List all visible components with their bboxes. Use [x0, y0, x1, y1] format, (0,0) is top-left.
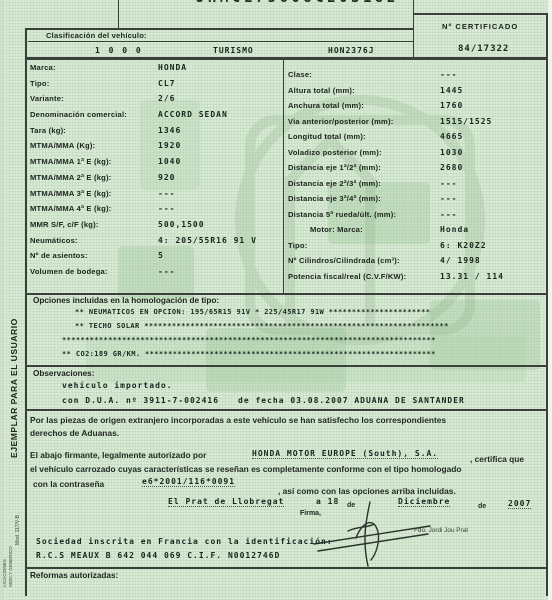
spec-row: MTMA/MMA 1ª E (kg): 1040 [30, 157, 280, 173]
spec-label: MTMA/MMA 2ª E (kg): [30, 173, 158, 182]
table-border [413, 13, 547, 15]
spec-row: Distancia eje 3ª/4ª (mm): --- [288, 194, 544, 210]
spec-label: Distancia eje 1ª/2ª (mm): [288, 163, 440, 172]
spec-value: CL7 [158, 79, 175, 88]
margin-tiny-text-2: MOD.Y GENERICO [8, 525, 13, 587]
spec-row: Tara (kg): 1346 [30, 126, 280, 142]
spec-value: HONDA [158, 63, 187, 72]
signature [308, 498, 458, 570]
spec-row: Marca: HONDA [30, 63, 280, 79]
spec-label: Clase: [288, 70, 440, 79]
spec-row: MTMA/MMA (Kg): 1920 [30, 141, 280, 157]
spec-label: Distancia eje 3ª/4ª (mm): [288, 194, 440, 203]
options-line: ****************************************… [62, 336, 436, 344]
spec-row: Denominación comercial: ACCORD SEDAN [30, 110, 280, 126]
spec-label: Nº Cilindros/Cilindrada (cm³): [288, 256, 440, 265]
spec-column-left: Marca: HONDA Tipo: CL7 Variante: 2/6 Den… [30, 63, 280, 283]
spec-value: --- [158, 189, 175, 198]
spec-row: Voladizo posterior (mm): 1030 [288, 148, 544, 164]
spec-row: Neumáticos: 4: 205/55R16 91 V [30, 236, 280, 252]
spec-value: --- [440, 179, 457, 188]
margin-tiny-text-1: LICACIONES [2, 525, 7, 587]
spec-value: --- [158, 204, 175, 213]
registry-line2: R.C.S MEAUX B 642 044 069 C.I.F. N001274… [36, 551, 280, 560]
spec-column-right: Clase: --- Altura total (mm): 1445 Anchu… [288, 70, 544, 287]
classification-approval: HON2376J [328, 46, 375, 55]
customs-paragraph-line2: derechos de Aduanas. [30, 428, 119, 438]
spec-label: MTMA/MMA 4ª E (kg): [30, 204, 158, 213]
spec-value: --- [440, 70, 457, 79]
spec-row: Nº Cilindros/Cilindrada (cm³): 4/ 1998 [288, 256, 544, 272]
spec-value: 2680 [440, 163, 463, 172]
spec-label: Tipo: [288, 241, 440, 250]
spec-value: 1515/1525 [440, 117, 492, 126]
table-border [25, 567, 547, 569]
spec-label: MTMA/MMA (Kg): [30, 141, 158, 150]
spec-value: --- [440, 210, 457, 219]
scan-edge-right [548, 0, 552, 600]
certification-company: HONDA MOTOR EUROPE (South), S.A. [252, 449, 438, 459]
spec-row: MMR S/F, c/F (kg): 500,1500 [30, 220, 280, 236]
certification-line2: el vehículo carrozado cuyas característi… [30, 464, 461, 474]
spec-value: Honda [440, 225, 469, 234]
vin-number: JHMCL75608C203182 [196, 0, 399, 6]
spec-row: Longitud total (mm): 4665 [288, 132, 544, 148]
spec-label: Longitud total (mm): [288, 132, 440, 141]
spec-row: Clase: --- [288, 70, 544, 86]
spec-label: MMR S/F, c/F (kg): [30, 220, 158, 229]
certification-post: , certifica que [470, 454, 524, 464]
spec-label: Altura total (mm): [288, 86, 440, 95]
spec-row: Altura total (mm): 1445 [288, 86, 544, 102]
spec-label: Nº de asientos: [30, 251, 158, 260]
spec-label: Neumáticos: [30, 236, 158, 245]
spec-value: 500,1500 [158, 220, 205, 229]
spec-label: Variante: [30, 94, 158, 103]
customs-paragraph-line1: Por las piezas de origen extranjero inco… [30, 415, 446, 425]
table-border [25, 57, 547, 60]
scan-edge-left [0, 0, 3, 600]
spec-label: Anchura total (mm): [288, 101, 440, 110]
spec-label: Marca: [30, 63, 158, 72]
spec-value: 1040 [158, 157, 181, 166]
table-border [25, 293, 547, 295]
spec-value: 4665 [440, 132, 463, 141]
spec-value: --- [158, 267, 175, 276]
spec-label: Volumen de bodega: [30, 267, 158, 276]
spec-row: Potencia fiscal/real (C.V.F/KW): 13.31 /… [288, 272, 544, 288]
spec-label: Potencia fiscal/real (C.V.F/KW): [288, 272, 440, 281]
certificate-number-value: 84/17322 [458, 44, 509, 54]
options-line: ** NEUMATICOS EN OPCION: 195/65R15 91V *… [75, 308, 430, 316]
certificate-number-label: Nº CERTIFICADO [442, 22, 518, 31]
spec-label: MTMA/MMA 1ª E (kg): [30, 157, 158, 166]
registry-line1: Sociedad inscrita en Francia con la iden… [36, 537, 333, 546]
spec-value: 1445 [440, 86, 463, 95]
classification-label: Clasificación del vehículo: [46, 31, 147, 40]
spec-label: MTMA/MMA 3ª E (kg): [30, 189, 158, 198]
certification-line3-end: , así como con las opciones arriba inclu… [278, 486, 456, 496]
observation-imported: vehículo importado. [62, 381, 173, 390]
table-border [25, 365, 547, 367]
spec-row: Tipo: 6: K20Z2 [288, 241, 544, 257]
spec-label: Voladizo posterior (mm): [288, 148, 440, 157]
spec-value: 6: K20Z2 [440, 241, 487, 250]
spec-value: 13.31 / 114 [440, 272, 504, 281]
spec-value: 1920 [158, 141, 181, 150]
table-border [546, 13, 548, 596]
certification-de2: de [478, 503, 486, 510]
spec-value: 5 [158, 251, 164, 260]
spec-value: 1760 [440, 101, 463, 110]
margin-mod-label: Mod. 117/V-B [15, 495, 21, 545]
spec-value: 1030 [440, 148, 463, 157]
spec-label: Distancia eje 2ª/3ª (mm): [288, 179, 440, 188]
classification-code: 1 0 0 0 [95, 46, 143, 55]
certification-place: El Prat de Llobregat [168, 497, 284, 507]
certification-password: e6*2001/116*0091 [142, 477, 235, 487]
table-border [25, 409, 547, 411]
spec-value: ACCORD SEDAN [158, 110, 228, 119]
spec-row: Nº de asientos: 5 [30, 251, 280, 267]
options-line: ** TECHO SOLAR *************************… [75, 322, 449, 330]
table-border [118, 0, 119, 28]
spec-row: Distancia eje 1ª/2ª (mm): 2680 [288, 163, 544, 179]
spec-label: Via anterior/posterior (mm): [288, 117, 440, 126]
observation-dua: con D.U.A. nº 3911-7-002416 [62, 396, 219, 405]
certification-year: 2007 [508, 499, 531, 509]
options-line: ** CO2:189 GR/KM. **********************… [62, 350, 436, 358]
table-border [25, 28, 414, 30]
certification-password-label: con la contraseña [33, 479, 104, 489]
table-border [28, 41, 413, 42]
reforms-title: Reformas autorizadas: [30, 571, 118, 580]
vehicle-certificate-document: JHMCL75608C203182 Clasificación del vehí… [0, 0, 552, 600]
spec-value: 1346 [158, 126, 181, 135]
certification-pre: El abajo firmante, legalmente autorizado… [30, 450, 206, 460]
table-border [25, 28, 27, 596]
spec-label: Denominación comercial: [30, 110, 158, 119]
spec-row: Anchura total (mm): 1760 [288, 101, 544, 117]
options-title: Opciones incluidas en la homologación de… [33, 296, 219, 305]
classification-type: TURISMO [213, 46, 254, 55]
observation-customs-date: de fecha 03.08.2007 ADUANA DE SANTANDER [238, 396, 465, 405]
spec-row: MTMA/MMA 4ª E (kg): --- [30, 204, 280, 220]
spec-value: 920 [158, 173, 175, 182]
observations-title: Observaciones: [33, 369, 94, 378]
spec-row: Volumen de bodega: --- [30, 267, 280, 283]
spec-row: Motor: Marca: Honda [288, 225, 544, 241]
spec-row: Distancia 5ª rueda/últ. (mm): --- [288, 210, 544, 226]
spec-row: Variante: 2/6 [30, 94, 280, 110]
spec-label: Tipo: [30, 79, 158, 88]
spec-label: Tara (kg): [30, 126, 158, 135]
spec-row: Tipo: CL7 [30, 79, 280, 95]
spec-label: Distancia 5ª rueda/últ. (mm): [288, 210, 440, 219]
spec-value: 2/6 [158, 94, 175, 103]
spec-row: MTMA/MMA 2ª E (kg): 920 [30, 173, 280, 189]
spec-value: 4/ 1998 [440, 256, 481, 265]
spec-value: 4: 205/55R16 91 V [158, 236, 257, 245]
margin-ejemplar-label: EJEMPLAR PARA EL USUARIO [9, 288, 19, 458]
spec-row: Distancia eje 2ª/3ª (mm): --- [288, 179, 544, 195]
spec-value: --- [440, 194, 457, 203]
spec-label: Motor: Marca: [288, 225, 440, 234]
spec-row: Via anterior/posterior (mm): 1515/1525 [288, 117, 544, 133]
signer-name: Fdo. Jordi Jou Prat [414, 527, 468, 534]
spec-row: MTMA/MMA 3ª E (kg): --- [30, 189, 280, 205]
table-border [283, 58, 284, 294]
